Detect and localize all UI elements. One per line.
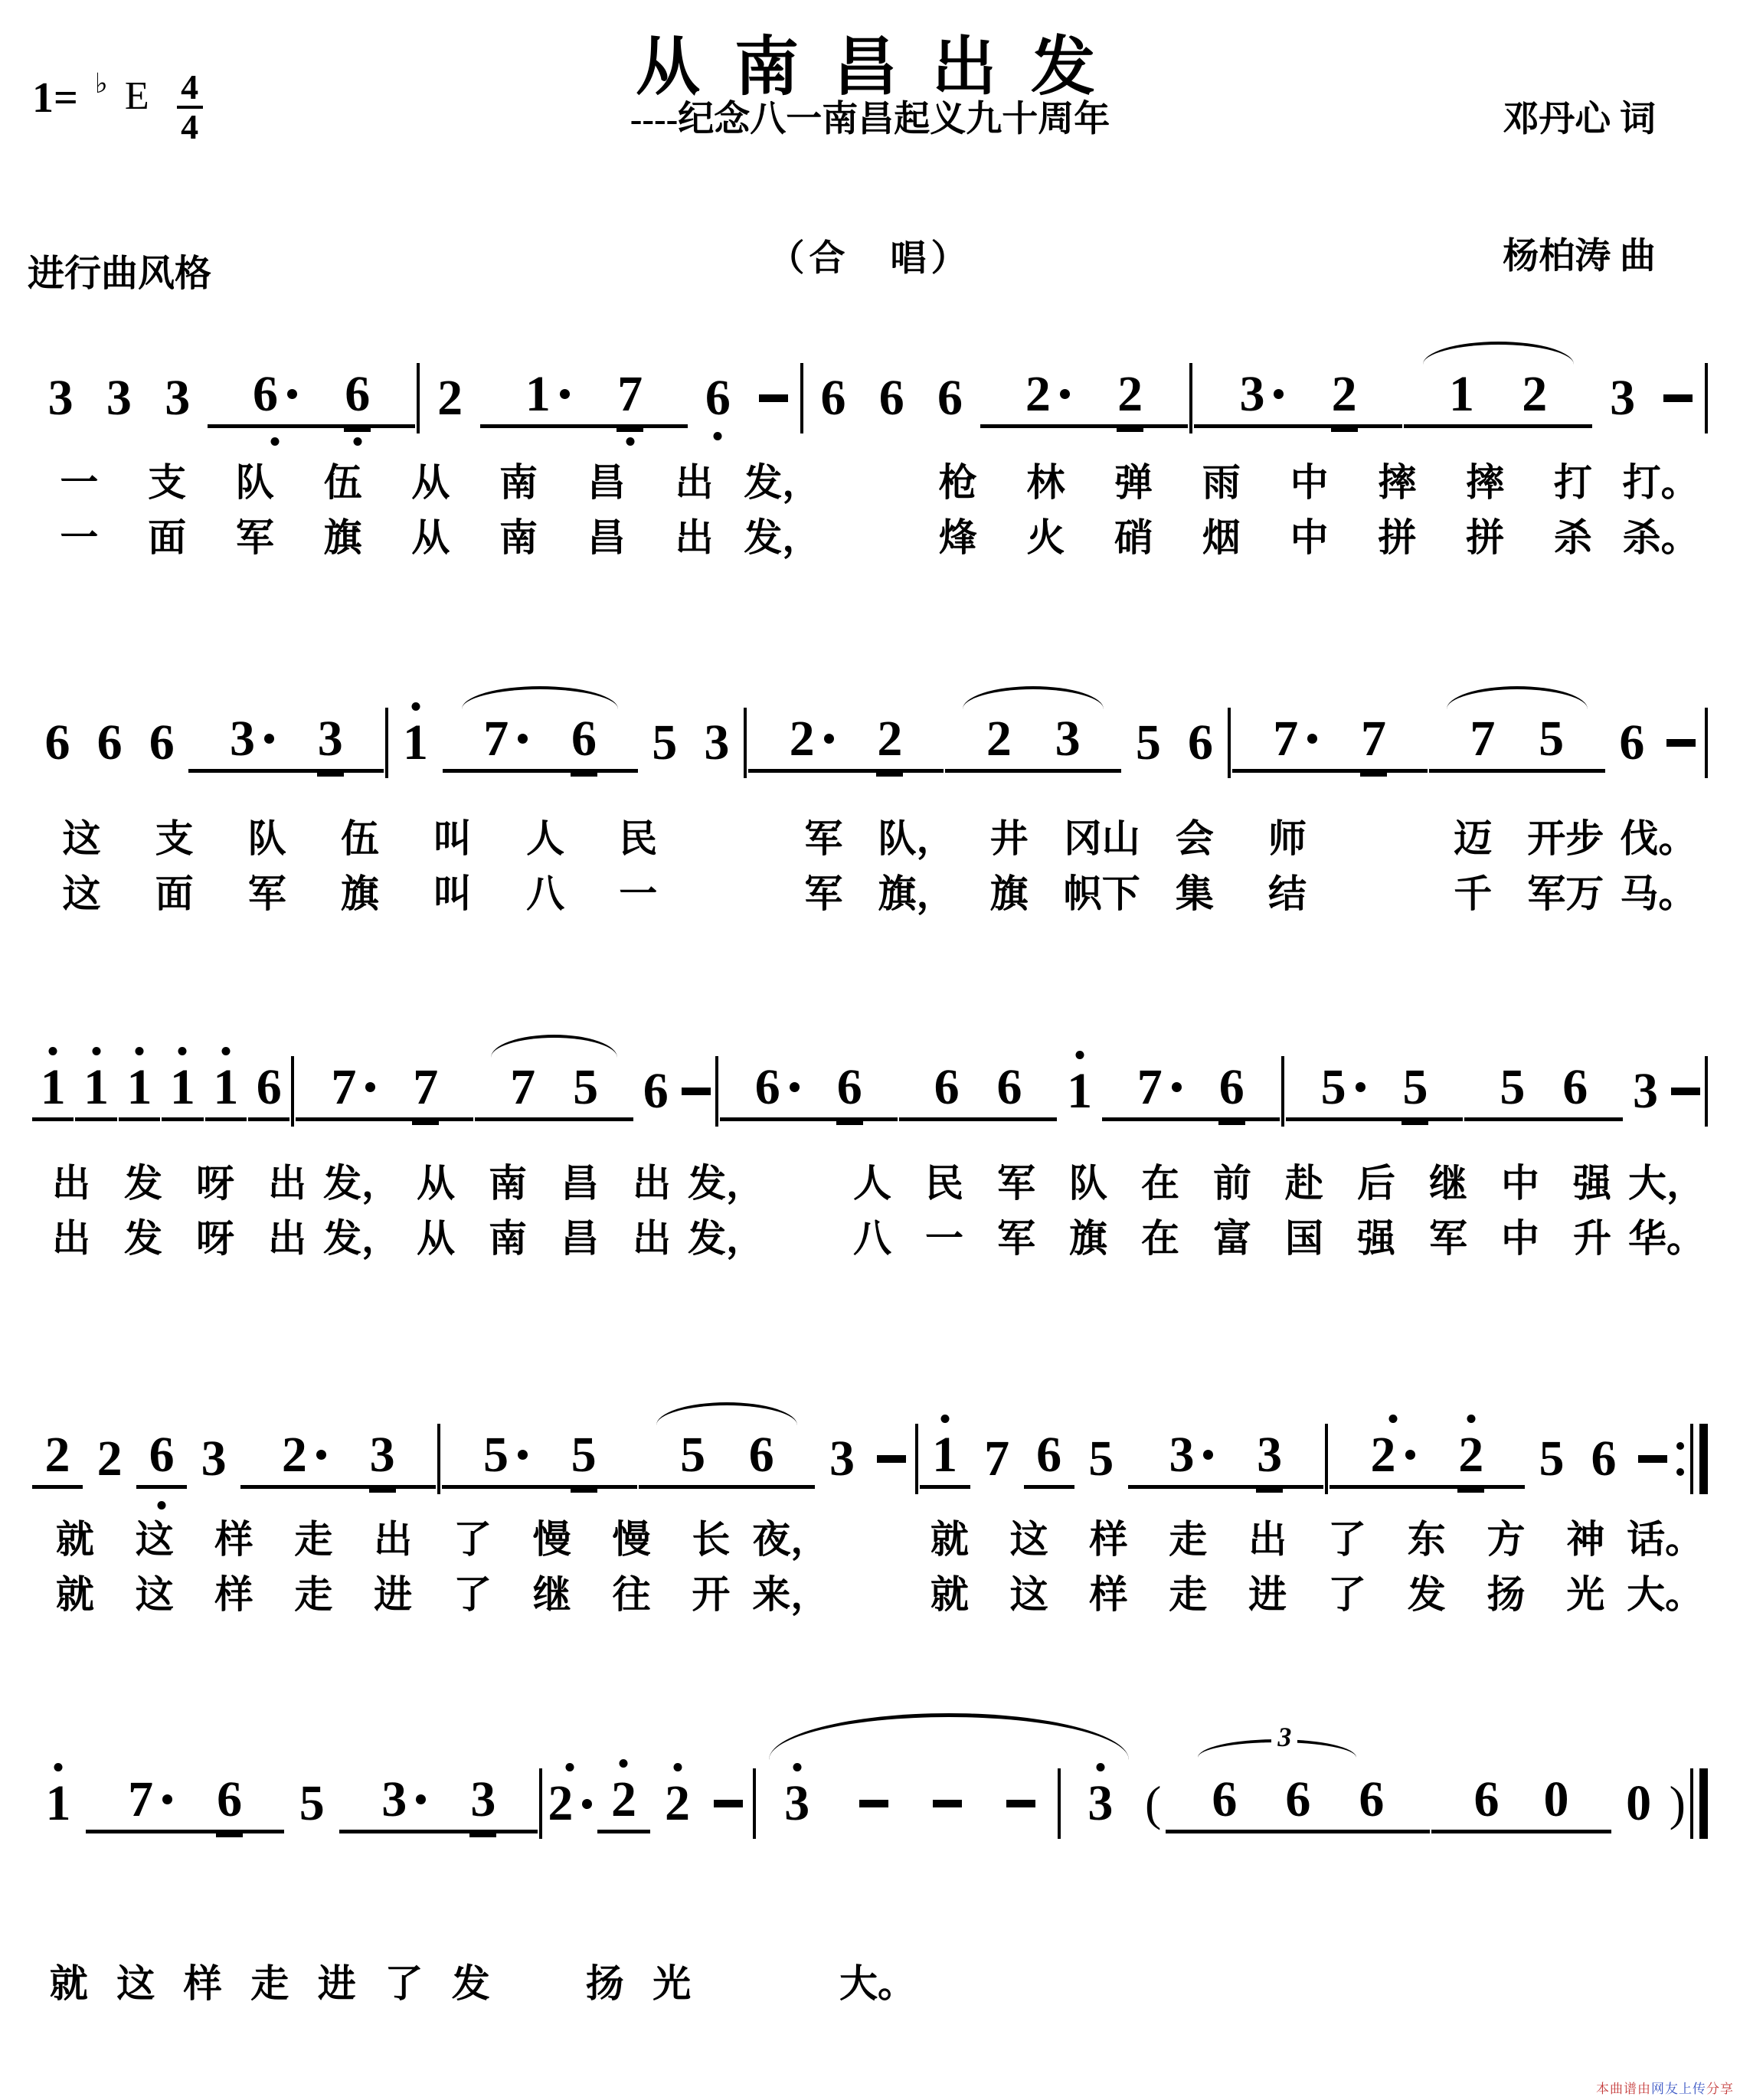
- beamed-group: 33: [188, 714, 384, 773]
- lyric-syllable: 杀。: [1617, 507, 1705, 562]
- octave-dot-high: [54, 1763, 63, 1771]
- lyric-syllable: 中: [1265, 452, 1353, 507]
- lyric-syllable: 样: [1069, 1509, 1149, 1564]
- note-digit: 3: [1239, 369, 1264, 420]
- note-digit: 7: [413, 1062, 438, 1113]
- lyricist-credit: 邓丹心 词: [1503, 90, 1656, 142]
- note-digit: 6: [1562, 1062, 1588, 1113]
- lyric-syllable: 出: [353, 1509, 433, 1564]
- lyric-syllable: 昌: [544, 1208, 616, 1263]
- note-digit: 7: [128, 1775, 153, 1825]
- lyric-syllable: 军: [221, 863, 313, 918]
- note: 3: [311, 714, 350, 764]
- note-digit: 7: [617, 369, 643, 420]
- note-digit: 6: [1591, 1434, 1617, 1484]
- beamed-group: 66: [208, 369, 416, 428]
- note-digit: 2: [45, 1430, 70, 1480]
- note-digit: 2: [437, 373, 463, 424]
- note-digit: 3: [470, 1775, 496, 1825]
- lyric-syllable: 从: [387, 507, 475, 562]
- note-digit: 3: [48, 373, 74, 424]
- note-digit: 3: [318, 714, 343, 764]
- note: 2: [1019, 369, 1077, 420]
- note: 6: [921, 373, 978, 424]
- lyric-syllable: 队: [221, 808, 313, 863]
- lyric-syllable: 在: [1124, 1153, 1196, 1208]
- lyric-syllable: 军: [1412, 1208, 1484, 1263]
- note: 6: [1212, 1062, 1251, 1113]
- beamed-group: 17: [480, 369, 688, 428]
- note: 6: [1467, 1775, 1506, 1825]
- slur: [656, 1402, 797, 1425]
- note-digit: 2: [1025, 369, 1051, 420]
- note-digit: 3: [370, 1430, 395, 1480]
- note: 7: [1463, 714, 1502, 764]
- lyric-syllable: 从: [387, 452, 475, 507]
- lyric-syllable: 出: [616, 1153, 688, 1208]
- lyric-syllable: 军: [980, 1208, 1052, 1263]
- lyric-syllable: [830, 1509, 910, 1564]
- note-digit: 5: [1539, 714, 1564, 764]
- note: 3: [1624, 1066, 1666, 1117]
- lyric-syllable: 赴: [1268, 1153, 1340, 1208]
- note: 6: [246, 369, 304, 420]
- lyric-syllable: 长: [672, 1509, 751, 1564]
- barline-stroke: [1690, 1768, 1693, 1839]
- lyric-syllable: 弹: [1090, 452, 1178, 507]
- beamed-group: 55: [1286, 1062, 1464, 1121]
- rest-dash: [869, 1455, 914, 1463]
- lyric-syllable: 一: [592, 863, 685, 918]
- lyric-syllable: [764, 1208, 836, 1263]
- note-digit: 3: [1610, 373, 1635, 424]
- note: 7: [406, 1062, 445, 1113]
- note-digit: 6: [149, 718, 175, 768]
- note: 6: [748, 1062, 806, 1113]
- note: 7: [503, 1062, 542, 1113]
- augmentation-dot: [264, 734, 274, 744]
- augmentation-dot: [162, 1794, 172, 1804]
- note-digit: 5: [1088, 1434, 1114, 1484]
- octave-dot-high: [178, 1047, 187, 1055]
- augmentation-dot: [790, 1082, 800, 1092]
- barline: [715, 1056, 718, 1127]
- note: 5: [639, 718, 690, 768]
- note: 6: [1555, 1062, 1594, 1113]
- lyric-syllable: 发，: [688, 1153, 764, 1208]
- lyric-syllable: [826, 452, 914, 507]
- barline-stroke: [915, 1424, 918, 1494]
- lyric-syllable: 八: [836, 1208, 908, 1263]
- note-digit: 1: [1449, 369, 1474, 420]
- lyric-syllable: 国: [1268, 1208, 1340, 1263]
- barline-stroke: [385, 708, 388, 778]
- barline-stroke-thick: [1699, 1768, 1708, 1839]
- rest-dash: [984, 1800, 1058, 1807]
- lyric-syllable: 扬: [571, 1953, 639, 2008]
- note-digit: 2: [282, 1430, 307, 1480]
- lyric-syllable: 旗: [299, 507, 387, 562]
- barline: [800, 363, 803, 433]
- lyric-syllable: 烟: [1178, 507, 1266, 562]
- note-digit: 3: [165, 373, 190, 424]
- note: 6: [1278, 1775, 1317, 1825]
- lyric-syllable: 八: [499, 863, 592, 918]
- slur: [1423, 342, 1574, 365]
- barline-stroke-thick: [1699, 1424, 1708, 1494]
- lyric-syllable: 了: [433, 1564, 512, 1619]
- note: 5: [1526, 1434, 1577, 1484]
- lyric-syllable: 雨: [1178, 452, 1266, 507]
- lyric-syllable: 会: [1148, 808, 1241, 863]
- note: 5: [566, 1062, 605, 1113]
- note: 6: [989, 1062, 1029, 1113]
- lyric-syllable: 面: [123, 507, 211, 562]
- lyric-syllable: 迈: [1427, 808, 1519, 863]
- lyric-syllable: 南: [472, 1153, 544, 1208]
- lyric-syllable: 从: [400, 1208, 472, 1263]
- octave-dot-low: [158, 1501, 166, 1510]
- note-digit: 1: [46, 1778, 71, 1829]
- lyric-syllable: 人: [836, 1153, 908, 1208]
- note: 6: [136, 718, 187, 768]
- augmentation-dot: [518, 734, 528, 744]
- augmentation-dot: [582, 1799, 592, 1809]
- note: 7: [1354, 714, 1393, 764]
- lyric-syllable: 昌: [562, 452, 650, 507]
- note: 3: [757, 1778, 837, 1829]
- lyric-syllable: 光: [1545, 1564, 1625, 1619]
- lyric-syllable: 大。: [839, 1953, 916, 2008]
- note-digit: 2: [986, 714, 1012, 764]
- beamed-group: 12: [1404, 369, 1593, 428]
- lyric-syllable: 火: [1002, 507, 1090, 562]
- note-digit: 2: [1332, 369, 1357, 420]
- barline: [1281, 1056, 1284, 1127]
- barline-stroke: [1228, 708, 1231, 778]
- lyric-syllable: 强: [1556, 1153, 1628, 1208]
- note-digit: 6: [1188, 718, 1213, 768]
- note: 6: [689, 373, 746, 424]
- barline: [417, 363, 420, 433]
- octave-dot-high: [940, 1415, 949, 1423]
- lyrics-line: 一支队伍从南昌出发，枪林弹雨中摔摔打打。: [35, 452, 1705, 507]
- lyric-syllable: 了: [1307, 1564, 1387, 1619]
- note: 3: [1232, 369, 1290, 420]
- beamed-group: 22: [980, 369, 1189, 428]
- lyric-syllable: 发，: [738, 507, 826, 562]
- barline-stroke: [437, 1424, 440, 1494]
- lyric-syllable: 往: [592, 1564, 672, 1619]
- lyric-syllable: 就: [35, 1564, 115, 1619]
- note-digit: 3: [784, 1778, 809, 1829]
- barline: [1325, 1424, 1328, 1494]
- lyric-syllable: 南: [475, 507, 563, 562]
- augmentation-dot: [518, 1450, 528, 1460]
- lyric-syllable: 昌: [562, 507, 650, 562]
- barline: [744, 708, 747, 778]
- barline-stroke: [800, 363, 803, 433]
- lyric-syllable: 了: [371, 1953, 438, 2008]
- note: 3: [32, 373, 89, 424]
- note-digit: 2: [665, 1778, 690, 1829]
- note-digit: 1: [932, 1430, 957, 1480]
- note: 7: [324, 1062, 382, 1113]
- note: 5: [1314, 1062, 1372, 1113]
- watermark-text: 本曲谱由: [1596, 2082, 1651, 2096]
- lyric-syllable: [1334, 808, 1427, 863]
- slur: [491, 1035, 617, 1058]
- lyric-syllable: 军: [211, 507, 299, 562]
- note: 6: [84, 718, 135, 768]
- beamed-group: 76: [86, 1775, 284, 1833]
- note: 3: [816, 1434, 867, 1484]
- repeat-dot: [1676, 1442, 1684, 1450]
- beamed-group: 77: [296, 1062, 473, 1121]
- augmentation-dot: [560, 389, 570, 399]
- note: 2: [421, 373, 478, 424]
- note-digit: 6: [571, 714, 597, 764]
- lyric-syllable: 样: [195, 1509, 274, 1564]
- lyric-syllable: 东: [1387, 1509, 1467, 1564]
- augmentation-dot: [316, 1450, 326, 1460]
- barline: [385, 708, 388, 778]
- octave-dot-low: [353, 437, 361, 446]
- watermark-text: 分享: [1706, 2082, 1734, 2096]
- lyric-syllable: 发，: [323, 1153, 400, 1208]
- note-digit: 6: [837, 1062, 862, 1113]
- augmentation-dot: [1274, 389, 1284, 399]
- note: 3: [1061, 1778, 1140, 1829]
- barline: [1705, 708, 1708, 778]
- lyric-syllable: 进: [1228, 1564, 1307, 1619]
- note: 2: [32, 1430, 83, 1489]
- note-digit: 2: [548, 1778, 573, 1829]
- octave-dot-high: [49, 1047, 57, 1055]
- rest-dash: [1630, 1455, 1675, 1463]
- note-digit: 6: [217, 1775, 242, 1825]
- lyric-syllable: [1334, 863, 1427, 918]
- lyric-syllable: 冈山: [1055, 808, 1148, 863]
- note-digit: 2: [1522, 369, 1547, 420]
- lyrics-line: 出发呀出发，从南昌出发，八一军旗在富国强军中升华。: [35, 1208, 1705, 1263]
- note: 2: [1110, 369, 1150, 420]
- barline-stroke: [1325, 1424, 1328, 1494]
- lyric-syllable: 这: [989, 1564, 1069, 1619]
- barline: [1228, 708, 1231, 778]
- lyric-syllable: 发: [1387, 1564, 1467, 1619]
- lyric-syllable: 这: [103, 1953, 170, 2008]
- lyric-syllable: 一: [908, 1208, 980, 1263]
- music-system: 226323555631765332256: [32, 1409, 1708, 1509]
- rest-dash: [678, 1088, 713, 1095]
- lyric-syllable: 打: [1529, 452, 1617, 507]
- octave-dot-high: [221, 1047, 230, 1055]
- note: 1: [205, 1062, 247, 1121]
- note: 2: [1515, 369, 1554, 420]
- lyric-syllable: 林: [1002, 452, 1090, 507]
- augmentation-dot: [1405, 1450, 1415, 1460]
- note-digit: 6: [97, 718, 123, 768]
- lyric-syllable: 昌: [544, 1153, 616, 1208]
- barline-stroke: [1189, 363, 1192, 433]
- lyric-syllable: 拼: [1353, 507, 1441, 562]
- lyric-syllable: 伍: [299, 452, 387, 507]
- note: 1: [119, 1062, 160, 1121]
- note-digit: 6: [755, 1062, 780, 1113]
- rest-dash: [1668, 1088, 1703, 1095]
- lyric-syllable: 走: [1148, 1564, 1228, 1619]
- note-digit: 2: [1371, 1430, 1396, 1480]
- lyric-syllable: 中: [1484, 1208, 1556, 1263]
- tie: [769, 1713, 1129, 1760]
- lyric-syllable: 华。: [1628, 1208, 1705, 1263]
- beamed-group: 55: [442, 1430, 637, 1489]
- note: 6: [210, 1775, 249, 1825]
- barline-stroke: [715, 1056, 718, 1127]
- lyrics-line: 就这样走进了继往开来，就这样走进了发扬光大。: [35, 1564, 1705, 1619]
- note: 2: [84, 1434, 135, 1484]
- lyric-syllable: [773, 1953, 840, 2008]
- lyric-syllable: 在: [1124, 1208, 1196, 1263]
- note-digit: 2: [790, 714, 815, 764]
- lyric-syllable: 走: [1148, 1509, 1228, 1564]
- barline-stroke: [753, 1768, 756, 1839]
- barline-stroke: [1690, 1424, 1693, 1494]
- note: 3: [692, 718, 742, 768]
- rest-dash: [837, 1800, 911, 1807]
- lyric-syllable: 队: [1052, 1153, 1124, 1208]
- lyric-syllable: 出: [1228, 1509, 1307, 1564]
- note-digit: 5: [1539, 1434, 1564, 1484]
- lyric-syllable: 就: [910, 1564, 989, 1619]
- lyric-syllable: 这: [989, 1509, 1069, 1564]
- note: 7: [1130, 1062, 1189, 1113]
- octave-dot-low: [714, 432, 722, 440]
- lyric-syllable: 一: [35, 452, 123, 507]
- lyric-syllable: 杀: [1529, 507, 1617, 562]
- beamed-group: 75: [475, 1062, 633, 1121]
- lyrics-line: 这支队伍叫人民军队，井冈山会师迈开步伐。: [35, 808, 1705, 863]
- lyric-syllable: 扬: [1467, 1564, 1546, 1619]
- note-digit: 6: [1619, 718, 1644, 768]
- lyric-syllable: 出: [251, 1208, 323, 1263]
- note: 2: [1364, 1430, 1422, 1480]
- augmentation-dot: [1356, 1082, 1366, 1092]
- beamed-group: 6663: [1166, 1775, 1430, 1833]
- note: 3: [149, 373, 206, 424]
- barline: [1705, 363, 1708, 433]
- beamed-group: 56: [1464, 1062, 1623, 1121]
- slur: [462, 686, 618, 709]
- note: 5: [1123, 718, 1173, 768]
- note: 2: [783, 714, 841, 764]
- note: 3: [1162, 1430, 1220, 1480]
- lyric-syllable: 旗: [313, 863, 406, 918]
- lyric-syllable: 这: [115, 1509, 195, 1564]
- rest-dash: [1659, 739, 1703, 747]
- note-digit: 7: [1361, 714, 1386, 764]
- barline: [753, 1768, 756, 1839]
- note: 6: [1175, 718, 1225, 768]
- note: 5: [1493, 1062, 1532, 1113]
- note: 6: [1607, 718, 1657, 768]
- barline: [1676, 1424, 1708, 1494]
- lyric-syllable: 就: [35, 1953, 103, 2008]
- note-digit: 3: [704, 718, 729, 768]
- note-digit: 6: [996, 1062, 1022, 1113]
- note: 3: [374, 1775, 433, 1825]
- beamed-group: 76: [443, 714, 638, 773]
- note-digit: 1: [83, 1062, 109, 1113]
- note: 2: [652, 1778, 704, 1829]
- note-digit: 6: [1474, 1775, 1500, 1825]
- note-digit: 0: [1544, 1775, 1569, 1825]
- note: 5: [564, 1430, 603, 1480]
- note-digit: 1: [213, 1062, 238, 1113]
- lyric-syllable: 叫: [406, 808, 499, 863]
- octave-dot-high: [1096, 1763, 1104, 1771]
- lyric-syllable: 进: [303, 1953, 371, 2008]
- note: 6: [927, 1062, 966, 1113]
- note: 3: [188, 1434, 239, 1484]
- lyric-syllable: 马。: [1612, 863, 1705, 918]
- note: 3: [1594, 373, 1650, 424]
- parenthesis: ): [1666, 1779, 1689, 1828]
- note: 3: [1048, 714, 1087, 764]
- note: 7: [121, 1775, 179, 1825]
- note: 1: [1442, 369, 1481, 420]
- note: 6: [1578, 1434, 1629, 1484]
- augmentation-dot: [824, 734, 834, 744]
- note-digit: 7: [510, 1062, 535, 1113]
- note: 5: [1076, 1434, 1127, 1484]
- beamed-group: 22: [748, 714, 944, 773]
- note-digit: 2: [877, 714, 902, 764]
- octave-dot-high: [1467, 1415, 1475, 1423]
- lyric-syllable: 走: [273, 1509, 353, 1564]
- note: 3: [463, 1775, 502, 1825]
- note: 2: [275, 1430, 333, 1480]
- note-digit: 5: [483, 1430, 509, 1480]
- lyric-syllable: 就: [35, 1509, 115, 1564]
- note-digit: 5: [299, 1778, 325, 1829]
- tempo-style: 进行曲风格: [28, 244, 211, 296]
- note-digit: 5: [680, 1430, 705, 1480]
- lyric-syllable: [505, 1953, 572, 2008]
- lyric-syllable: 大。: [1625, 1564, 1705, 1619]
- note-digit: 1: [403, 718, 428, 768]
- note: 2: [544, 1778, 596, 1829]
- lyric-syllable: 出: [616, 1208, 688, 1263]
- lyric-syllable: 开步: [1519, 808, 1612, 863]
- lyric-syllable: 师: [1241, 808, 1333, 863]
- note-digit: 7: [1137, 1062, 1163, 1113]
- note: 6: [248, 1062, 289, 1121]
- lyric-syllable: 大，: [1628, 1153, 1705, 1208]
- lyric-syllable: 出: [35, 1153, 107, 1208]
- note: 5: [476, 1430, 535, 1480]
- lyric-syllable: 摔: [1441, 452, 1529, 507]
- augmentation-dot: [1172, 1082, 1182, 1092]
- note-digit: 3: [829, 1434, 855, 1484]
- slur: [1447, 686, 1588, 709]
- note-digit: 6: [345, 369, 370, 420]
- note-digit: 2: [1117, 369, 1143, 420]
- augmentation-dot: [1060, 389, 1070, 399]
- lyric-syllable: 民: [592, 808, 685, 863]
- note: 5: [286, 1778, 338, 1829]
